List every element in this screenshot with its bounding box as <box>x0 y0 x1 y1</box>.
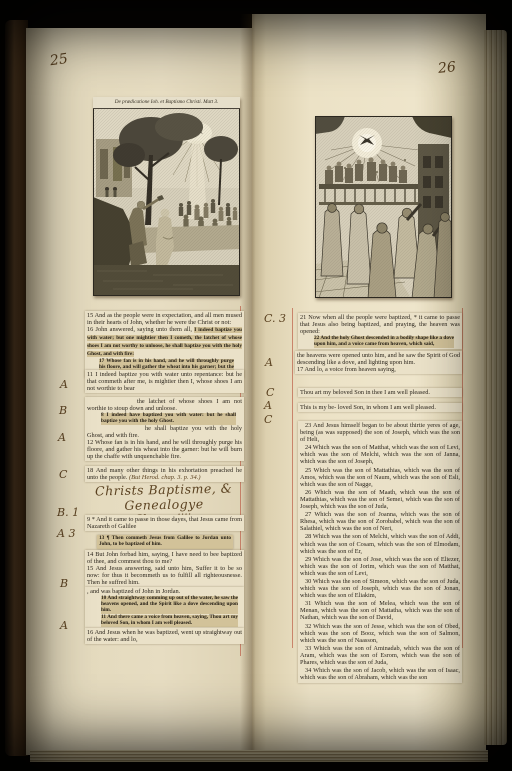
verse-text: 26 Which was the son of Maath, which was… <box>300 489 460 510</box>
verse-slip: 16 And Jesus when he was baptized, went … <box>85 628 244 644</box>
verse-text: the latchet of whose shoes I am not wort… <box>87 398 242 412</box>
heading-line: Christs Baptisme, & Genealogye <box>86 480 243 513</box>
book-photo: 25 26 De prædicatione Ioh. et Baptismo C… <box>0 0 512 771</box>
verse-text: 29 Which was the son of Jose, which was … <box>300 556 460 577</box>
verse-slip: 21 Now when all the people were baptized… <box>298 313 462 349</box>
inserted-small-print: 22 And the holy Ghost descended in a bod… <box>314 336 454 348</box>
verse-text: 9 * And it came to passe in those dayes,… <box>87 516 242 530</box>
inserted-small-print-slip: 13 ¶ Then commeth Jesus from Galilee to … <box>97 535 233 549</box>
margin-letter: A <box>60 619 68 632</box>
verse-text: 17 And lo, a voice from heaven saying, <box>297 366 460 373</box>
red-ruling-line <box>462 308 463 648</box>
page-stack-bottom-edge <box>30 750 488 762</box>
handwritten-note: (But Herod. chap. 3. p. 34.) <box>129 474 201 481</box>
verse-text: 30 Which was the son of Simeon, which wa… <box>300 578 460 599</box>
left-engraving: De prædicatione Ioh. et Baptismo Christi… <box>93 97 240 296</box>
verse-slip: the heavens were opened unto him, and he… <box>295 351 462 374</box>
verse-slip: 18 And many other things in his exhortat… <box>85 466 244 482</box>
inserted-small-print: 10 And straightway comming up out of the… <box>101 596 238 614</box>
verse-text: 18 And many other things in his exhortat… <box>87 467 242 481</box>
verse-slip: This is my be- loved Son, in whom I am w… <box>298 403 462 412</box>
red-ruling-line <box>292 308 293 648</box>
verse-text: 34 Which was the son of Jacob, which was… <box>300 667 460 681</box>
verse-text: 14 But John forbad him, saying, I have n… <box>87 551 242 565</box>
folio-number-right: 26 <box>437 59 456 77</box>
margin-letter: A <box>60 378 68 391</box>
verse-slip: , and was baptized of John in Jordan. 10… <box>85 587 244 628</box>
verse-text: 31 Which was the son of Melea, which was… <box>300 600 460 621</box>
verse-slip: 9 * And it came to passe in those dayes,… <box>85 515 244 531</box>
verse-text: 25 Which was the son of Mattathias, whic… <box>300 467 460 488</box>
verse-text: , and was baptized of John in Jordan. <box>87 588 242 595</box>
verse-text: 33 Which was the son of Aminadab, which … <box>300 645 460 666</box>
margin-letter: B <box>60 577 68 590</box>
margin-letter: C <box>59 468 67 481</box>
margin-letter: A <box>58 431 66 444</box>
verse-text: 16 John answered, saying unto them all, … <box>87 326 242 358</box>
baptism-of-christ-etching <box>93 97 240 296</box>
margin-letter: A <box>264 399 272 412</box>
verse-text: 15 And as the people were in expectation… <box>87 312 242 326</box>
margin-letter: A 3 <box>57 527 75 540</box>
verse-text: Thou art my beloved Son in thee I am wel… <box>300 389 460 396</box>
verse-text: 12 Whose fan is in his hand, and he will… <box>87 439 242 460</box>
verse-text: 32 Which was the son of Jesse, which was… <box>300 623 460 644</box>
page-stack-fore-edge <box>484 30 507 745</box>
verse-text: 16 And Jesus when he was baptized, went … <box>87 629 242 643</box>
verse-text: This is my be- loved Son, in whom I am w… <box>300 404 460 411</box>
verse-text: 21 Now when all the people were baptized… <box>300 314 460 335</box>
margin-letter: A <box>265 356 273 369</box>
right-engraving <box>315 116 452 298</box>
verse-slip: 15 And as the people were in expectation… <box>85 311 244 378</box>
leather-cover-edge <box>5 20 28 756</box>
left-engraving-caption: De prædicatione Ioh. et Baptismo Christi… <box>93 97 240 109</box>
verse-text: 13 ¶ Then commeth Jesus from Galilee to … <box>99 536 231 548</box>
verse-slip: 14 But John forbad him, saying, I have n… <box>85 550 244 587</box>
verse-slip: Thou art my beloved Son in thee I am wel… <box>298 388 462 397</box>
verse-slip: the latchet of whose shoes I am not wort… <box>85 397 244 461</box>
margin-letter: C <box>264 413 272 426</box>
verse-text: 24 Which was the son of Matthat, which w… <box>300 444 460 465</box>
verse-text: he shall baptize you with the holy Ghost… <box>87 425 242 439</box>
verse-text: 27 Which was the son of Joanna, which wa… <box>300 511 460 532</box>
genealogy-slip: 23 And Jesus himself began to be about t… <box>298 421 462 683</box>
verse-text: 15 And Jesus answering, said unto him, S… <box>87 565 242 586</box>
folio-number-left: 25 <box>49 51 69 69</box>
margin-letter: C <box>266 386 274 399</box>
descent-of-holy-spirit-etching <box>315 116 452 298</box>
inserted-small-print: 8 I indeed have baptized you with water:… <box>101 413 236 425</box>
margin-letter: C. 3 <box>264 312 286 325</box>
margin-letter: B. 1 <box>57 506 79 519</box>
verse-text: 11 I indeed baptize you with water unto … <box>87 371 242 392</box>
verse-text: 23 And Jesus himself began to be about t… <box>300 422 460 443</box>
margin-letter: B <box>59 404 67 417</box>
verse-text: the heavens were opened unto him, and he… <box>297 352 460 366</box>
verse-slip: 11 I indeed baptize you with water unto … <box>85 370 244 393</box>
verse-text: 28 Which was the son of Melchi, which wa… <box>300 533 460 554</box>
inserted-small-print: 11 And there came a voice from heaven, s… <box>101 615 238 627</box>
